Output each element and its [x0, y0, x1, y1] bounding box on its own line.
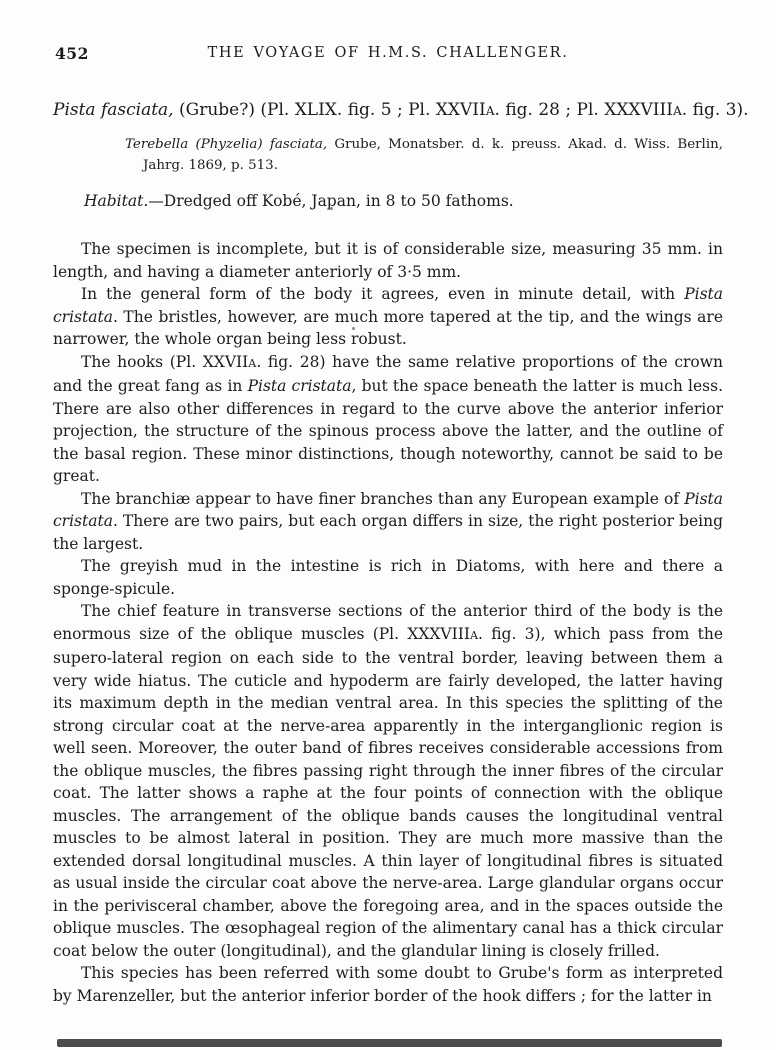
paragraph-transverse-sections: The chief feature in transverse sections…: [53, 600, 723, 962]
italic-text-run: Pista fasciata,: [53, 100, 174, 120]
scan-speck: [330, 207, 333, 210]
text-run: A: [486, 104, 495, 118]
paragraph-specimen-size: The specimen is incomplete, but it is of…: [53, 238, 723, 283]
text-run: In the general form of the body it agree…: [81, 285, 684, 303]
paragraph-branchiae: The branchiæ appear to have finer branch…: [53, 488, 723, 556]
text-run: (Grube?) (Pl. XLIX. fig. 5 ; Pl. XXVII: [174, 100, 486, 120]
italic-text-run: Habitat.: [84, 192, 148, 210]
paragraph-hooks: The hooks (Pl. XXVIIA. fig. 28) have the…: [53, 351, 723, 488]
species-heading: Pista fasciata, (Grube?) (Pl. XLIX. fig.…: [53, 99, 723, 122]
scan-speck: [352, 327, 355, 330]
text-run: . fig. 28 ; Pl. XXXVIII: [495, 100, 673, 120]
text-run: The greyish mud in the intestine is rich…: [53, 557, 723, 598]
paragraph-grube-comparison: This species has been referred with some…: [53, 962, 723, 1007]
text-run: A: [470, 629, 478, 642]
italic-text-run: Terebella (Phyzelia) fasciata,: [125, 137, 327, 152]
scanned-book-page: 452 THE VOYAGE OF H.M.S. CHALLENGER. Pis…: [0, 0, 776, 1050]
text-run: The hooks (Pl. XXVII: [81, 353, 248, 371]
text-run: This species has been referred with some…: [53, 964, 723, 1005]
text-run: A: [673, 104, 682, 118]
body-text: The specimen is incomplete, but it is of…: [53, 238, 723, 1007]
page-header: 452 THE VOYAGE OF H.M.S. CHALLENGER.: [53, 0, 723, 62]
paragraph-intestine-mud: The greyish mud in the intestine is rich…: [53, 555, 723, 600]
synonymy-citation: Terebella (Phyzelia) fasciata, Grube, Mo…: [53, 135, 723, 176]
text-run: The specimen is incomplete, but it is of…: [53, 240, 723, 281]
italic-text-run: Pista cristata: [248, 377, 352, 395]
text-run: . The bristles, however, are much more t…: [53, 308, 723, 349]
text-run: . fig. 3), which pass from the supero-la…: [53, 625, 723, 960]
paragraph-general-form: In the general form of the body it agree…: [53, 283, 723, 351]
habitat-line: Habitat.—Dredged off Kobé, Japan, in 8 t…: [53, 191, 723, 212]
text-run: . There are two pairs, but each organ di…: [53, 512, 723, 553]
text-run: . fig. 3).: [682, 100, 749, 120]
running-title: THE VOYAGE OF H.M.S. CHALLENGER.: [53, 45, 723, 61]
text-run: The branchiæ appear to have finer branch…: [81, 490, 684, 508]
scan-edge-artifact-bar: [57, 1039, 722, 1047]
